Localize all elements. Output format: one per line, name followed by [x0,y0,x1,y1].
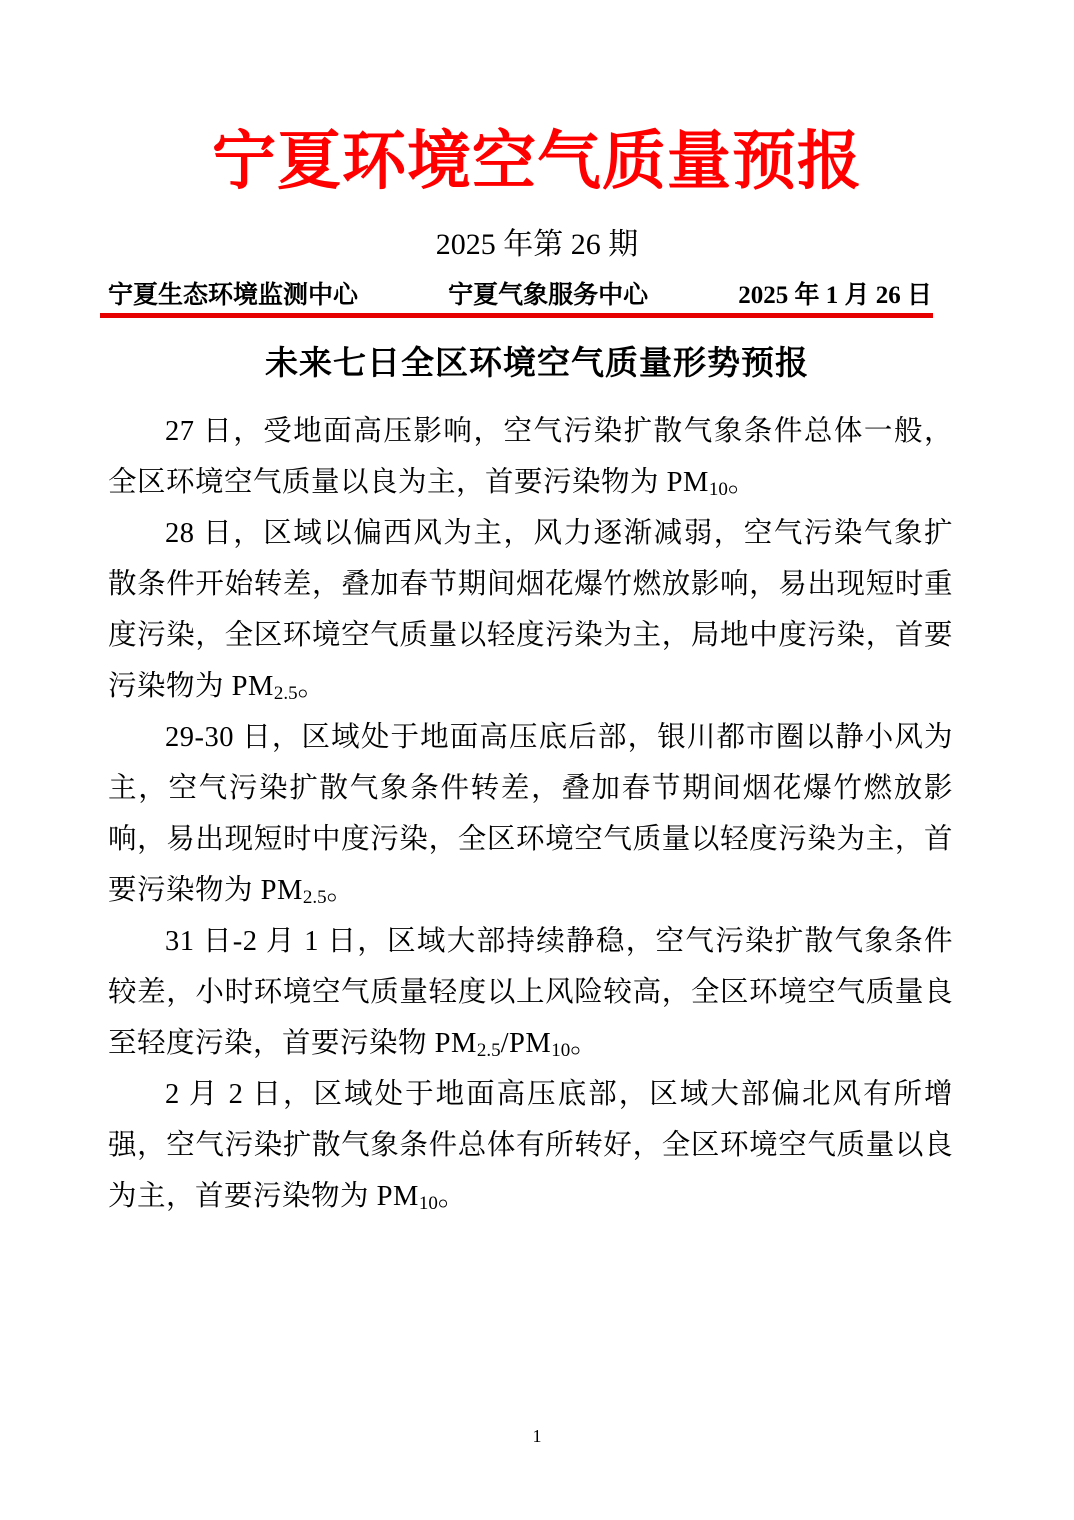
paragraph-text: 。 [438,1181,467,1212]
pollutant-subscript: 10 [709,479,728,500]
document-page: 宁夏环境空气质量预报 2025 年第 26 期 宁夏生态环境监测中心 宁夏气象服… [0,0,1074,1520]
org-monitoring-center: 宁夏生态环境监测中心 [108,279,358,311]
paragraph-text: 28 日，区域以偏西风为主，风力逐渐减弱，空气污染气象扩散条件开始转差，叠加春节… [108,518,953,702]
header-row: 宁夏生态环境监测中心 宁夏气象服务中心 2025 年 1 月 26 日 [108,279,932,312]
pollutant-subscript: 10 [551,1040,570,1061]
paragraph-text: 。 [728,467,757,498]
paragraph: 28 日，区域以偏西风为主，风力逐渐减弱，空气污染气象扩散条件开始转差，叠加春节… [108,508,953,712]
paragraph: 27 日，受地面高压影响，空气污染扩散气象条件总体一般，全区环境空气质量以良为主… [108,406,953,508]
paragraph-text: 。 [327,875,356,906]
paragraph-text: 。 [298,671,327,702]
paragraph-text: 2 月 2 日，区域处于地面高压底部，区域大部偏北风有所增强，空气污染扩散气象条… [108,1079,953,1212]
paragraph: 29-30 日，区域处于地面高压底后部，银川都市圈以静小风为主，空气污染扩散气象… [108,712,953,916]
paragraph-text: 。 [570,1028,599,1059]
paragraph-text: 27 日，受地面高压影响，空气污染扩散气象条件总体一般，全区环境空气质量以良为主… [108,416,953,498]
body-paragraphs: 27 日，受地面高压影响，空气污染扩散气象条件总体一般，全区环境空气质量以良为主… [108,406,953,1222]
red-divider-rule [100,313,933,318]
section-title: 未来七日全区环境空气质量形势预报 [0,340,1074,386]
page-number: 1 [0,1424,1074,1448]
pollutant-subscript: 10 [419,1193,438,1214]
issue-number: 2025 年第 26 期 [0,224,1074,266]
issue-date: 2025 年 1 月 26 日 [738,280,932,312]
paragraph-text: /PM [501,1028,552,1059]
org-weather-service-center: 宁夏气象服务中心 [448,279,648,311]
pollutant-subscript: 2.5 [274,683,298,704]
pollutant-subscript: 2.5 [303,887,327,908]
paragraph-text: 29-30 日，区域处于地面高压底后部，银川都市圈以静小风为主，空气污染扩散气象… [108,722,953,906]
paragraph: 2 月 2 日，区域处于地面高压底部，区域大部偏北风有所增强，空气污染扩散气象条… [108,1069,953,1222]
pollutant-subscript: 2.5 [477,1040,501,1061]
document-title: 宁夏环境空气质量预报 [0,118,1074,206]
paragraph: 31 日-2 月 1 日，区域大部持续静稳，空气污染扩散气象条件较差，小时环境空… [108,916,953,1069]
